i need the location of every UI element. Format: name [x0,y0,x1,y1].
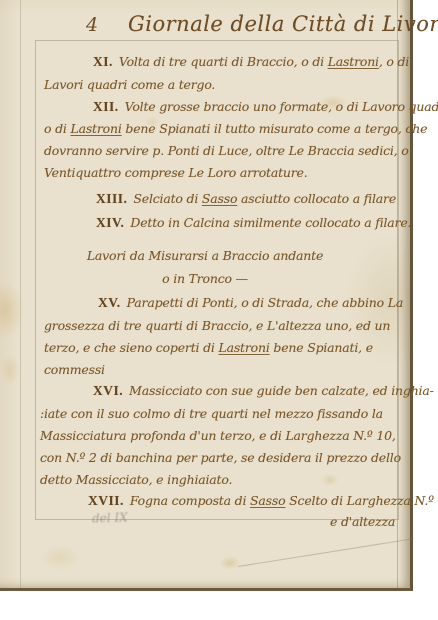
entry-xv-line-3: terzo, e che sieno coperti di Lastroni b… [44,340,373,355]
page-number: 4 [86,14,98,36]
manuscript-page: 4 Giornale della Città di Livorno XI.Vol… [0,0,413,591]
entry-xii-line-1: XII.Volte grosse braccio uno formate, o … [93,99,438,115]
entry-xvii-numeral: XVII. [88,493,124,508]
entry-xii-numeral: XII. [93,99,119,114]
entry-xi-numeral: XI. [93,54,113,69]
entry-xvi-numeral: XVI. [93,383,123,398]
entry-xii-line-2: o di Lastroni bene Spianati il tutto mis… [44,121,427,136]
entry-xiii-text-1: Selciato di Sasso asciutto collocato a f… [133,191,396,206]
entry-xiv-line-1: XIV.Detto in Calcina similmente collocat… [96,215,411,231]
page-title: Giornale della Città di Livorno [128,12,368,36]
entry-xi-line-2: Lavori quadri come a tergo. [44,77,215,92]
entry-xv-line-4: commessi [44,362,105,377]
paper-crease [20,0,21,588]
entry-xvi-line-4: con N.º 2 di banchina per parte, se desi… [40,450,401,465]
entry-xvi-line-5: detto Massicciato, e inghiaiato. [40,472,232,487]
entry-xiv-numeral: XIV. [96,215,124,230]
entry-xii-text-1: Volte grosse braccio uno formate, o di L… [125,99,438,114]
entry-xvi-line-1: XVI.Massicciato con sue guide ben calzat… [93,383,434,399]
entry-xvi-line-2: :iate con il suo colmo di tre quarti nel… [40,406,383,421]
entry-xv-text-1: Parapetti di Ponti, o di Strada, che abb… [127,295,403,310]
section-heading-line-2: o in Tronco — [35,271,375,286]
paper-fold-crease [238,538,414,567]
bleed-through-note: del IX [92,510,128,525]
entry-xi-line-1: XI.Volta di tre quarti di Braccio, o di … [93,54,409,70]
entry-xvii-text-1: Fogna composta di Sasso Scelto di Larghe… [130,493,438,508]
entry-xvi-line-3: Massicciatura profonda d'un terzo, e di … [40,428,396,443]
entry-xvii-line-1: XVII.Fogna composta di Sasso Scelto di L… [88,493,438,509]
entry-xvi-text-1: Massicciato con sue guide ben calzate, e… [129,383,434,398]
entry-xiii-numeral: XIII. [96,191,127,206]
entry-xvii-line-2-continuation: e d'altezza [330,514,395,529]
entry-xv-line-1: XV.Parapetti di Ponti, o di Strada, che … [98,295,403,311]
entry-xv-line-2: grossezza di tre quarti di Braccio, e L'… [44,318,390,333]
entry-xiii-line-1: XIII.Selciato di Sasso asciutto collocat… [96,191,396,207]
entry-xii-line-4: Ventiquattro comprese Le Loro arrotature… [44,165,308,180]
entry-xii-line-3: dovranno servire p. Ponti di Luce, oltre… [44,143,409,158]
entry-xv-numeral: XV. [98,295,121,310]
entry-xi-text-1: Volta di tre quarti di Braccio, o di Las… [119,54,409,69]
section-heading-line-1: Lavori da Misurarsi a Braccio andante [35,248,375,263]
entry-xiv-text-1: Detto in Calcina similmente collocato a … [130,215,411,230]
